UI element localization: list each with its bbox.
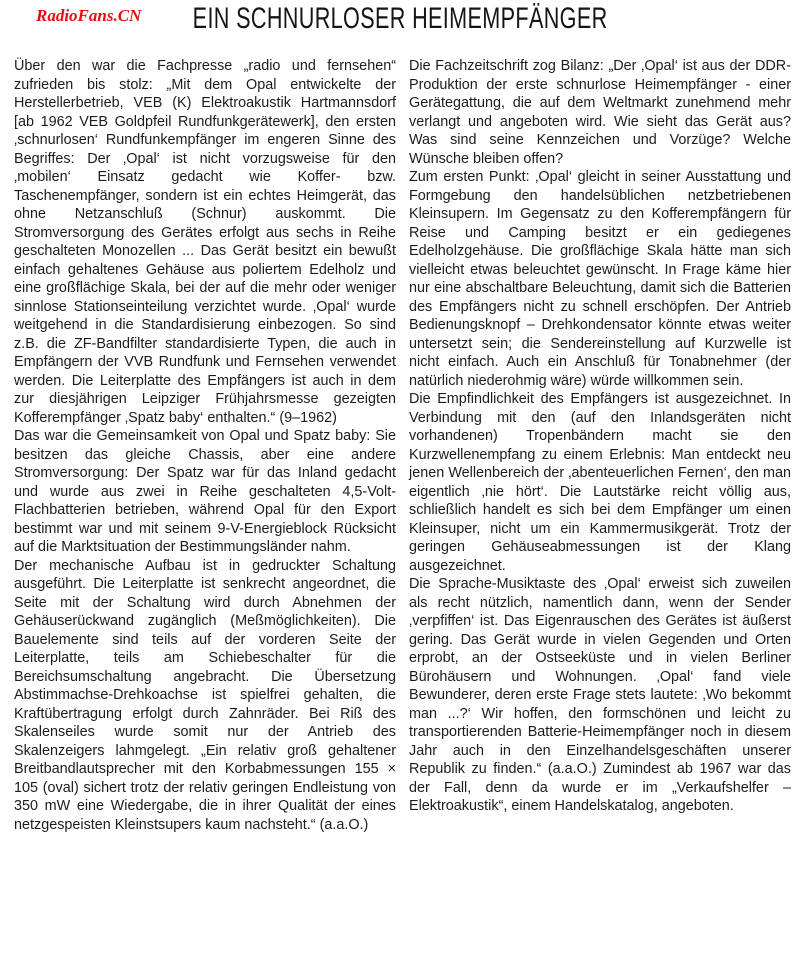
- paragraph-right-4: Die Sprache-Musiktaste des ‚Opal‘ erweis…: [409, 575, 791, 816]
- paragraph-left-3: Der mechanische Aufbau ist in gedruckter…: [14, 557, 396, 835]
- right-column: Die Fachzeitschrift zog Bilanz: „Der ‚Op…: [409, 57, 791, 834]
- title-row: EIN SCHNURLOSER HEIMEMPFÄNGER: [0, 2, 800, 36]
- paragraph-left-1: Über den war die Fachpresse „radio und f…: [14, 57, 396, 427]
- page-title: EIN SCHNURLOSER HEIMEMPFÄNGER: [193, 2, 608, 36]
- left-column: Über den war die Fachpresse „radio und f…: [14, 57, 396, 834]
- article-body: Über den war die Fachpresse „radio und f…: [14, 57, 791, 834]
- paragraph-left-2: Das war die Gemeinsamkeit von Opal und S…: [14, 427, 396, 557]
- paragraph-right-1: Die Fachzeitschrift zog Bilanz: „Der ‚Op…: [409, 57, 791, 168]
- paragraph-right-2: Zum ersten Punkt: ‚Opal‘ gleicht in sein…: [409, 168, 791, 390]
- paragraph-right-3: Die Empfindlichkeit des Empfängers ist a…: [409, 390, 791, 575]
